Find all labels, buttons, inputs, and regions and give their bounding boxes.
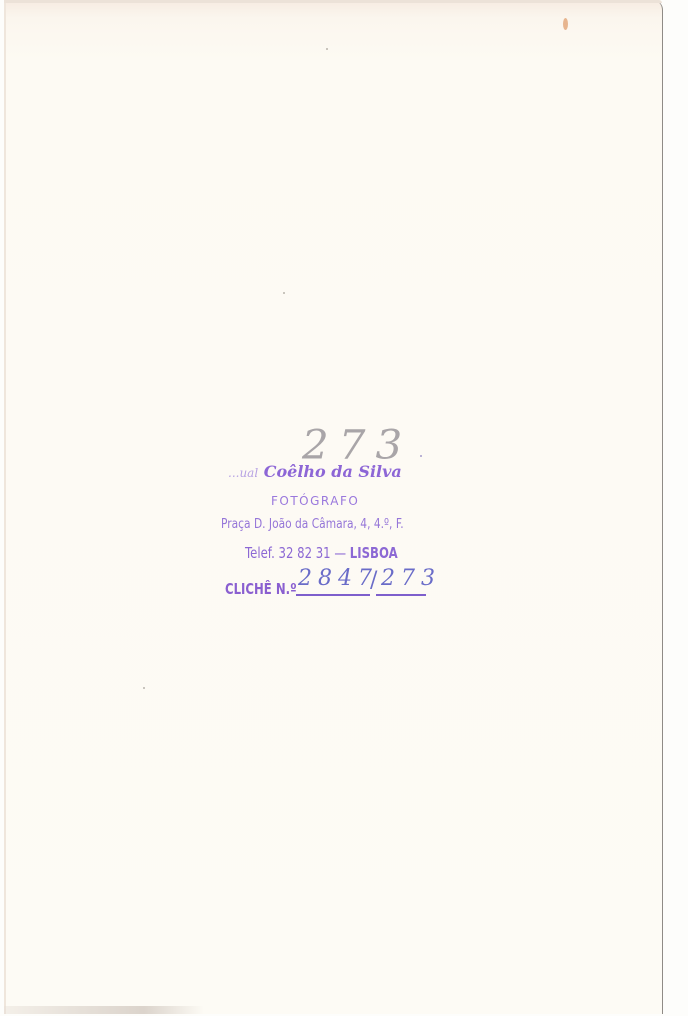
- stamp-phone-line: Telef. 32 82 31 — LISBOA: [245, 544, 398, 562]
- stamp-name-main: Coêlho da Silva: [264, 462, 402, 481]
- cliche-underline: [296, 594, 370, 596]
- bottom-smudge: [4, 1006, 204, 1014]
- dust-speck: [326, 48, 328, 50]
- phone-number: 32 82 31: [279, 544, 331, 562]
- city: LISBOA: [350, 544, 398, 562]
- stain-mark: [563, 18, 568, 30]
- city-separator: —: [334, 544, 346, 562]
- stamp-name-prefix: ...ual: [228, 466, 258, 480]
- dust-speck: [420, 455, 422, 457]
- cliche-label: CLICHÊ N.º: [225, 580, 297, 598]
- cliche-separator: /: [370, 568, 377, 593]
- scanned-page: 273 ...ual Coêlho da Silva FOTÓGRAFO Pra…: [0, 0, 688, 1016]
- cliche-number: 2847: [298, 566, 378, 591]
- phone-label: Telef.: [245, 544, 275, 562]
- card-top-edge: [4, 0, 662, 3]
- stamp-address: Praça D. João da Câmara, 4, 4.º, F.: [221, 517, 404, 532]
- cliche-underline: [376, 594, 426, 596]
- dust-speck: [143, 687, 145, 689]
- pencil-annotation: 273: [302, 421, 412, 468]
- cliche-suffix: 273: [381, 566, 441, 591]
- dust-speck: [283, 292, 285, 294]
- stamp-photographer-name: ...ual Coêlho da Silva: [228, 462, 402, 481]
- stamp-title: FOTÓGRAFO: [271, 494, 359, 508]
